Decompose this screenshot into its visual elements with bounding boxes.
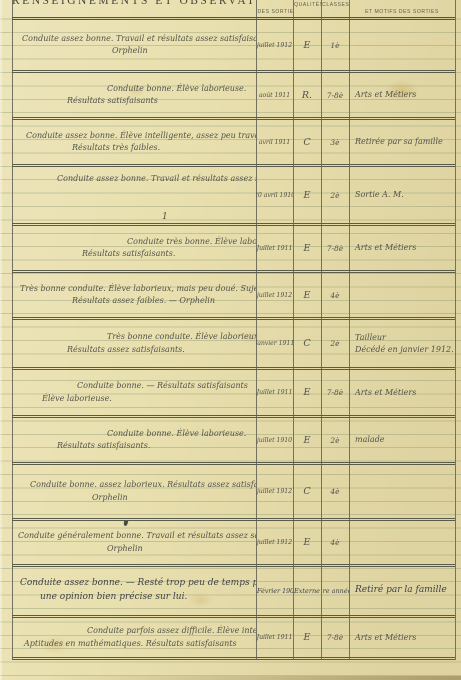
observation-line: Élève laborieuse.	[12, 393, 256, 405]
observation-line: Orphelin	[12, 492, 256, 504]
date-cell: Juillet 1911	[256, 618, 293, 657]
classe-cell: 7-8è	[321, 618, 349, 657]
qualite-cell: E	[293, 167, 321, 223]
table-row: Conduite assez bonne. Élève intelligente…	[12, 120, 455, 167]
header-dates-label: DES SORTIES	[257, 9, 291, 15]
observation-line: Conduite bonne. — Résultats satisfaisant…	[12, 380, 256, 392]
classe-cell: 4è	[321, 521, 349, 564]
observation-line: Conduite bonne. Élève laborieuse.	[12, 428, 256, 440]
qualite-cell: E	[293, 618, 321, 657]
date-cell: juillet 1912	[256, 465, 293, 518]
observation-line: Résultats assez satisfaisants.	[12, 344, 256, 356]
motif-cell: Arts et Métiers	[349, 226, 455, 270]
header-classes: CLASSES	[321, 0, 349, 17]
classe-cell: 4è	[321, 465, 349, 518]
qualite-cell: E	[293, 418, 321, 462]
observation-line: Résultats assez faibles. — Orphelin	[12, 295, 256, 307]
observation-line: Conduite bonne. Élève laborieuse.	[12, 83, 256, 95]
observation-line: Résultats satisfaisants	[12, 95, 256, 107]
header-dates: DES SORTIES	[256, 0, 293, 17]
table-row: Très bonne conduite. Élève laborieux. Ré…	[12, 320, 455, 370]
date-cell: Janvier 1911	[256, 320, 293, 367]
date-cell: juillet 1912	[256, 20, 293, 70]
date-cell: août 1911	[256, 73, 293, 117]
date-cell: juillet 1912	[256, 273, 293, 317]
observations-cell: Conduite assez bonne. Travail et résulta…	[12, 167, 256, 223]
ink-blot	[123, 521, 129, 526]
qualite-cell: C	[293, 120, 321, 164]
motif-line: Décédé en janvier 1912.	[355, 344, 455, 356]
table-row: Conduite très bonne. Élève laborieuse. R…	[12, 226, 455, 273]
date-cell: 8 Février 1909	[256, 567, 293, 615]
date-cell: Juillet 1911	[256, 370, 293, 415]
date-cell: juillet 1912	[256, 521, 293, 564]
table-header: RENSEIGNEMENTS ET OBSERVATIONS DES SORTI…	[12, 0, 455, 20]
header-qualites: QUALITÉS	[293, 0, 321, 17]
observations-cell: Conduite assez bonne. — Resté trop peu d…	[12, 567, 256, 615]
table-row: Conduite parfois assez difficile. Élève …	[12, 618, 455, 660]
observations-cell: Conduite très bonne. Élève laborieuse. R…	[12, 226, 256, 270]
classe-cell: 2è	[321, 167, 349, 223]
qualite-cell: C	[293, 465, 321, 518]
register-page: { "document": { "header": { "observation…	[0, 0, 461, 680]
qualite-cell: E	[293, 20, 321, 70]
motif-cell	[349, 20, 455, 70]
date-cell: Juillet 1911	[256, 226, 293, 270]
header-motifs: ET MOTIFS DES SORTIES	[349, 0, 455, 17]
table-row: Conduite bonne. — Résultats satisfaisant…	[12, 370, 455, 418]
motif-cell: Tailleur Décédé en janvier 1912.	[349, 320, 455, 367]
table-row: Conduite assez bonne. — Resté trop peu d…	[12, 567, 455, 618]
observation-line: Conduite généralement bonne. Travail et …	[12, 530, 256, 542]
page-edge-left	[0, 0, 2, 680]
observations-cell: Très bonne conduite. Élève laborieux, ma…	[12, 273, 256, 317]
motif-cell: Sortie A. M.	[349, 167, 455, 223]
table-row: Conduite bonne. Élève laborieuse. Résult…	[12, 73, 455, 120]
observation-line: Résultats satisfaisants.	[12, 248, 256, 260]
classe-cell: 3è	[321, 120, 349, 164]
header-qualites-label: QUALITÉS	[294, 2, 320, 8]
motif-line: Sortie A. M.	[355, 189, 455, 201]
observation-line: Conduite assez bonne. Travail et résulta…	[12, 33, 256, 45]
register-table: RENSEIGNEMENTS ET OBSERVATIONS DES SORTI…	[12, 0, 455, 660]
observations-cell: Conduite bonne. Élève laborieuse. Résult…	[12, 418, 256, 462]
motif-line: Arts et Métiers	[355, 89, 455, 101]
observation-line: Très bonne conduite. Élève laborieux, ma…	[12, 283, 256, 295]
classe-cell: 1re année	[321, 567, 349, 615]
table-row: Conduite bonne. assez laborieux. Résulta…	[12, 465, 455, 521]
classe-cell: 1è	[321, 20, 349, 70]
observations-cell: Conduite généralement bonne. Travail et …	[12, 521, 256, 564]
motif-cell: malade	[349, 418, 455, 462]
classe-cell: 2è	[321, 418, 349, 462]
table-row: Conduite généralement bonne. Travail et …	[12, 521, 455, 567]
motif-cell: Arts et Métiers	[349, 618, 455, 657]
qualite-cell: E	[293, 521, 321, 564]
page-edge-bottom	[40, 676, 461, 680]
motif-line: Tailleur	[355, 332, 455, 344]
observations-cell: Conduite assez bonne. Travail et résulta…	[12, 20, 256, 70]
qualite-cell: E	[293, 226, 321, 270]
qualite-cell: Externe	[293, 567, 321, 615]
header-motifs-label: ET MOTIFS DES SORTIES	[353, 9, 451, 15]
observations-cell: Conduite bonne. assez laborieux. Résulta…	[12, 465, 256, 518]
ink-mark: 1	[162, 212, 168, 222]
motif-cell	[349, 465, 455, 518]
table-row: Conduite assez bonne. Travail et résulta…	[12, 20, 455, 73]
motif-line: Retirée par sa famille	[355, 136, 455, 148]
observations-cell: Conduite parfois assez difficile. Élève …	[12, 618, 256, 657]
motif-cell: Arts et Métiers	[349, 73, 455, 117]
table-row: Conduite bonne. Élève laborieuse. Résult…	[12, 418, 455, 465]
observations-cell: Conduite bonne. — Résultats satisfaisant…	[12, 370, 256, 415]
table-row: Conduite assez bonne. Travail et résulta…	[12, 167, 455, 226]
observation-line: Conduite très bonne. Élève laborieuse.	[12, 236, 256, 248]
motif-line: Arts et Métiers	[355, 632, 455, 644]
observation-line: Très bonne conduite. Élève laborieux.	[12, 331, 256, 343]
observation-line: Résultats très faibles.	[12, 142, 256, 154]
motif-cell	[349, 521, 455, 564]
observation-line: Orphelin	[12, 543, 256, 555]
observation-line: Conduite assez bonne. — Resté trop peu d…	[12, 577, 256, 591]
qualite-cell: C	[293, 320, 321, 367]
motif-line: Retiré par la famille	[355, 584, 455, 598]
header-observations: RENSEIGNEMENTS ET OBSERVATIONS	[12, 0, 256, 17]
qualite-cell: E	[293, 370, 321, 415]
classe-cell: 7-8è	[321, 73, 349, 117]
observation-line: Conduite parfois assez difficile. Élève …	[12, 625, 256, 637]
table-border-right	[455, 0, 456, 660]
observations-cell: Conduite assez bonne. Élève intelligente…	[12, 120, 256, 164]
observation-line: Aptitudes en mathématiques. Résultats sa…	[12, 638, 256, 650]
observations-cell: Conduite bonne. Élève laborieuse. Résult…	[12, 73, 256, 117]
observation-line: Conduite assez bonne. Travail et résulta…	[12, 173, 256, 185]
observation-line: Conduite assez bonne. Élève intelligente…	[12, 130, 256, 142]
observation-line: Orphelin	[12, 45, 256, 57]
classe-cell: 2è	[321, 320, 349, 367]
motif-cell	[349, 273, 455, 317]
motif-cell: Retirée par sa famille	[349, 120, 455, 164]
motif-cell: Retiré par la famille	[349, 567, 455, 615]
observation-line: Résultats satisfaisants.	[12, 440, 256, 452]
classe-cell: 4è	[321, 273, 349, 317]
header-classes-label: CLASSES	[322, 2, 348, 8]
classe-cell: 7-8è	[321, 226, 349, 270]
motif-cell: Arts et Métiers	[349, 370, 455, 415]
qualite-cell: E	[293, 273, 321, 317]
observation-line: Conduite bonne. assez laborieux. Résulta…	[12, 479, 256, 491]
date-cell: 20 avril 1910	[256, 167, 293, 223]
date-cell: avril 1911	[256, 120, 293, 164]
table-row: Très bonne conduite. Élève laborieux, ma…	[12, 273, 455, 320]
qualite-cell: R.	[293, 73, 321, 117]
observations-cell: Très bonne conduite. Élève laborieux. Ré…	[12, 320, 256, 367]
classe-cell: 7-8è	[321, 370, 349, 415]
motif-line: malade	[355, 434, 455, 446]
header-observations-label: RENSEIGNEMENTS ET OBSERVATIONS	[12, 0, 256, 7]
motif-line: Arts et Métiers	[355, 242, 455, 254]
date-cell: juillet 1910	[256, 418, 293, 462]
observation-line: une opinion bien précise sur lui.	[12, 591, 256, 605]
motif-line: Arts et Métiers	[355, 387, 455, 399]
